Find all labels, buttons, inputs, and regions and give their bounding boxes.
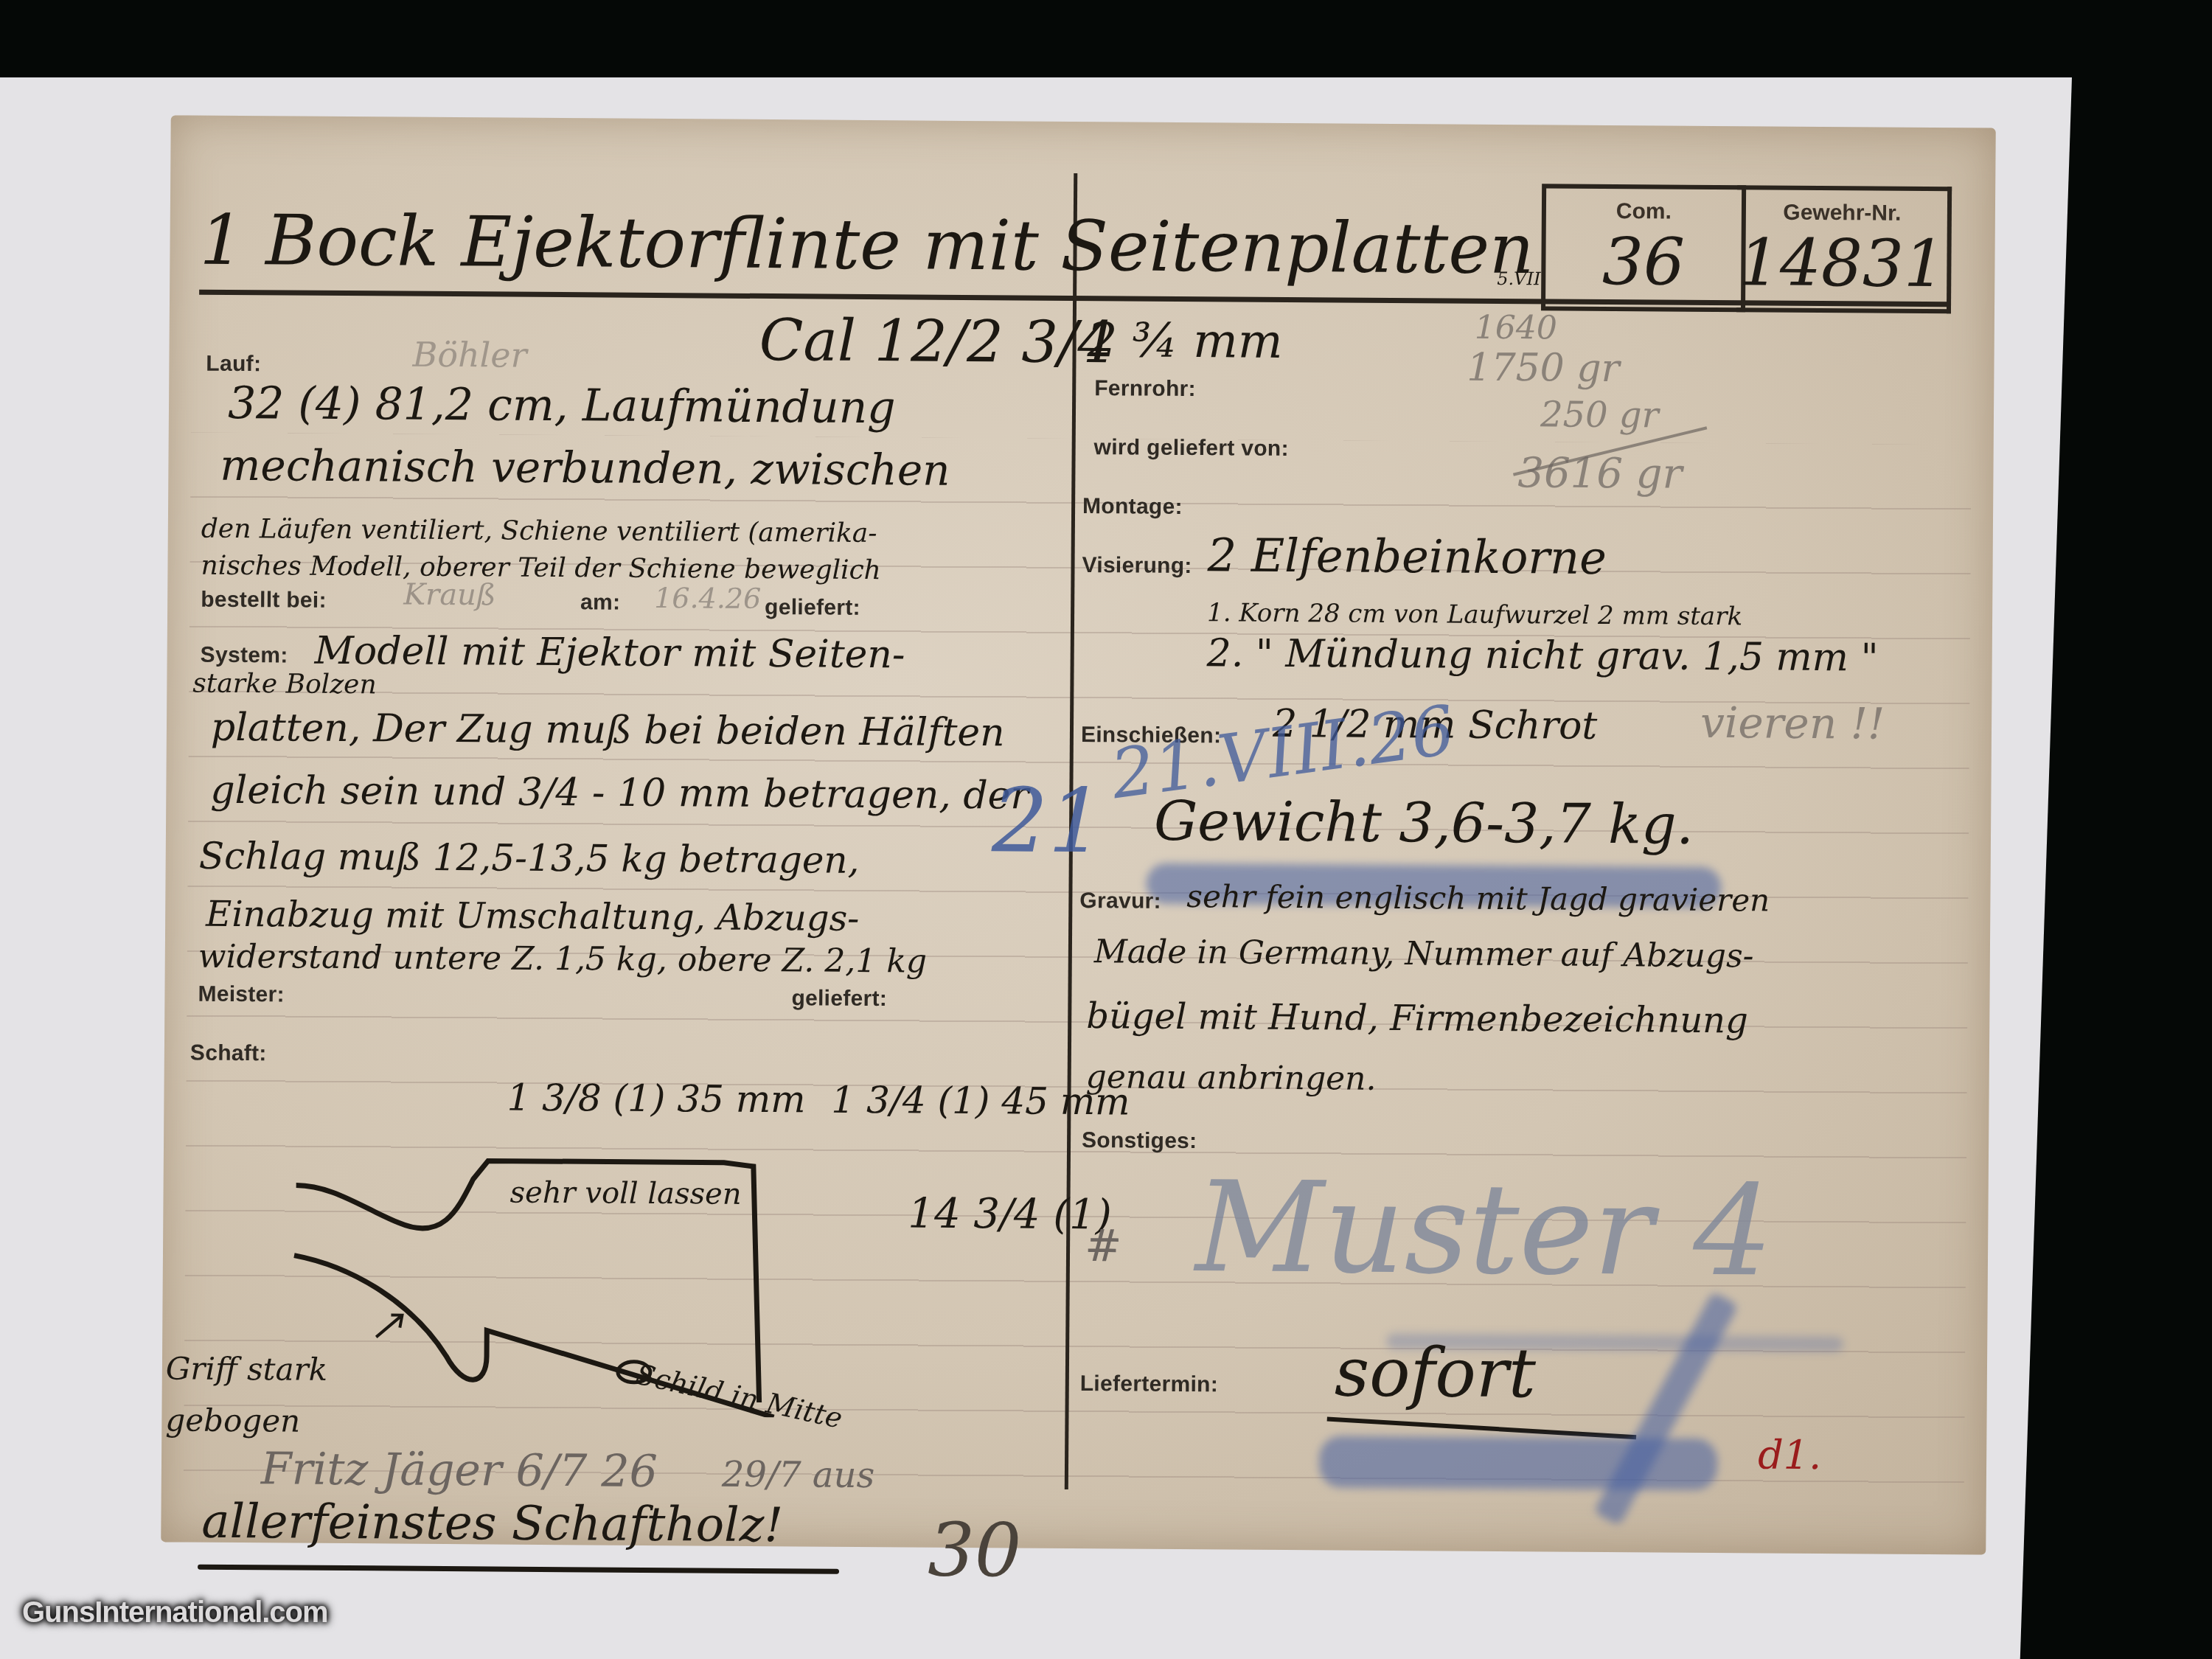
sonstiges-pencil-note: Muster 4 (1195, 1155, 1774, 1304)
am-value: 16.4.26 (654, 582, 761, 615)
fernrohr-label: Fernrohr: (1094, 376, 1196, 402)
am-label: am: (580, 590, 620, 615)
number-30: 30 (928, 1507, 1022, 1594)
lauf-line-4: nisches Modell, oberer Teil der Schiene … (201, 551, 881, 585)
caliber-annotation: 2 ¾ mm (1087, 313, 1282, 369)
wird-geliefert-von-label: wird geliefert von: (1094, 435, 1289, 462)
meister-label: Meister: (198, 982, 285, 1008)
system-line-1: Modell mit Ejektor mit Seiten- (315, 629, 905, 678)
montage-label: Montage: (1082, 494, 1183, 520)
visierung-value: 2 Elfenbeinkorne (1207, 528, 1607, 585)
lauf-faded-note: Böhler (412, 335, 526, 375)
system-line-2: starke Bolzen (192, 669, 377, 700)
schaft-label: Schaft: (190, 1041, 267, 1067)
sketch-note-griff: Griff stark gebogen (165, 1343, 387, 1447)
caliber: Cal 12/2 3/4 (759, 307, 1114, 376)
system-line-7: widerstand untere Z. 1,5 kg, obere Z. 2,… (198, 938, 928, 981)
order-card: 1 Bock Ejektorflinte mit Seitenplatten 5… (161, 115, 1995, 1554)
schaft-signoff-2: 29/7 aus (722, 1454, 875, 1496)
gewehr-nr-box: Gewehr-Nr. 14831 (1736, 185, 1952, 313)
sonstiges-label: Sonstiges: (1082, 1128, 1197, 1154)
bestellt-geliefert-label: geliefert: (765, 595, 860, 621)
system-line-4: gleich sein und 3/4 - 10 mm betragen, de… (210, 768, 1029, 818)
system-line-5: Schlag muß 12,5-13,5 kg betragen, (199, 835, 860, 882)
watermark-logo: GunsInternational.com (22, 1596, 328, 1630)
hash-mark: # (1085, 1220, 1122, 1272)
visierung-line-2: 2. " Mündung nicht grav. 1,5 mm " (1207, 631, 1879, 680)
fernrohr-calc-1: 1640 (1475, 309, 1557, 347)
title-handwritten: 1 Bock Ejektorflinte mit Seitenplatten (199, 201, 1534, 291)
lauf-line-1: 32 (4) 81,2 cm, Laufmündung (228, 378, 896, 434)
sketch-note-voll: sehr voll lassen (509, 1176, 741, 1211)
liefertermin-red-note: d1. (1758, 1431, 1822, 1478)
visierung-label: Visierung: (1082, 553, 1192, 579)
gravur-line-1: sehr fein englisch mit Jagd gravieren (1186, 878, 1770, 919)
com-box: Com. 36 (1541, 184, 1746, 312)
liefertermin-value: sofort (1335, 1332, 1537, 1413)
gravur-line-4: genau anbringen. (1086, 1058, 1377, 1098)
fernrohr-calc-4: 3616 gr (1517, 449, 1682, 498)
lauf-line-3: den Läufen ventiliert, Schiene ventilier… (201, 514, 877, 549)
gewehr-nr-label: Gewehr-Nr. (1737, 200, 1947, 226)
gravur-label: Gravur: (1079, 888, 1161, 914)
com-label: Com. (1546, 198, 1742, 225)
com-value: 36 (1545, 223, 1742, 300)
lauf-label: Lauf: (206, 352, 261, 378)
schaft-length-of-pull: 14 3/4 (1) (908, 1189, 1112, 1239)
gewehr-nr-value: 14831 (1736, 224, 1947, 302)
bestellt-bei-value: Krauß (403, 578, 496, 613)
system-line-6: Einabzug mit Umschaltung, Abzugs- (206, 894, 860, 939)
date-note: 5.VII (1497, 268, 1540, 289)
gravur-line-2: Made in Germany, Nummer auf Abzugs- (1094, 933, 1754, 975)
visierung-line-1: 1. Korn 28 cm von Laufwurzel 2 mm stark (1207, 598, 1742, 631)
blue-mark-21: 21 (992, 770, 1105, 873)
einschiessen-faded: vieren !! (1700, 698, 1885, 749)
lauf-line-2: mechanisch verbunden, zwischen (220, 440, 950, 495)
system-label: System: (201, 643, 288, 669)
liefertermin-label: Liefertermin: (1080, 1371, 1219, 1397)
system-line-3: platten, Der Zug muß bei beiden Hälften (211, 706, 1005, 756)
fernrohr-calc-3: 250 gr (1540, 394, 1659, 436)
weight-note: Gewicht 3,6-3,7 kg. (1154, 790, 1694, 857)
schaft-signoff: Fritz Jäger 6/7 26 (261, 1443, 658, 1498)
fernrohr-calc-2: 1750 gr (1467, 346, 1619, 391)
schaft-emphasis: allerfeinstes Schaftholz! (201, 1495, 783, 1554)
bestellt-bei-label: bestellt bei: (201, 588, 327, 613)
gravur-line-3: bügel mit Hund, Firmenbezeichnung (1086, 995, 1748, 1041)
meister-geliefert-label: geliefert: (791, 986, 887, 1012)
